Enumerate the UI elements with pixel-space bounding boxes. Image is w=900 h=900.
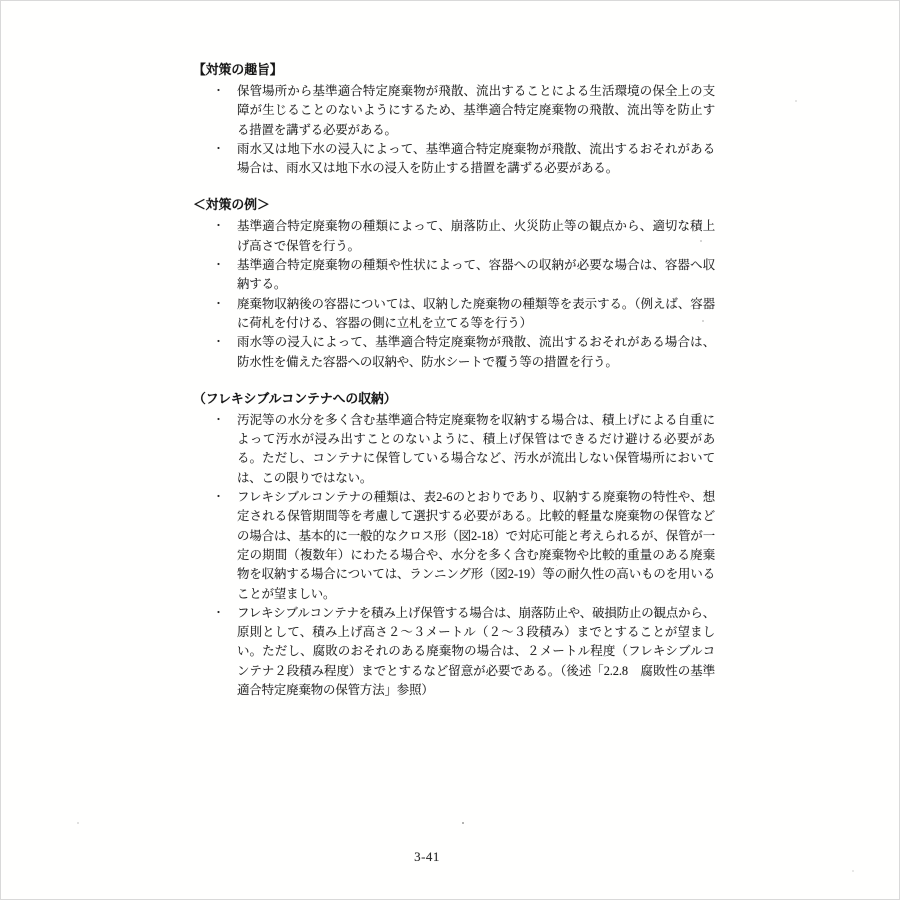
scan-speckle <box>462 822 464 824</box>
bullet-text: 基準適合特定廃棄物の種類によって、崩落防止、火災防止等の観点から、適切な積上げ高… <box>237 219 715 252</box>
bullet-text: フレキシブルコンテナを積み上げ保管する場合は、崩落防止や、破損防止の観点から、原… <box>237 606 715 697</box>
bullet-text: 廃棄物収納後の容器については、収納した廃棄物の種類等を表示する。（例えば、容器に… <box>237 297 715 330</box>
bullet-text: 汚泥等の水分を多く含む基準適合特定廃棄物を収納する場合は、積上げによる自重によっ… <box>237 413 715 485</box>
section-heading: （フレキシブルコンテナへの収納） <box>193 389 715 408</box>
bullet-marker: ・ <box>213 411 224 430</box>
bullet-item: ・ 汚泥等の水分を多く含む基準適合特定廃棄物を収納する場合は、積上げによる自重に… <box>193 411 715 488</box>
bullet-text: 保管場所から基準適合特定廃棄物が飛散、流出することによる生活環境の保全上の支障が… <box>237 84 715 137</box>
bullet-list: ・ 基準適合特定廃棄物の種類によって、崩落防止、火災防止等の観点から、適切な積上… <box>193 217 715 371</box>
bullet-marker: ・ <box>213 488 224 507</box>
section-heading: 【対策の趣旨】 <box>193 60 715 79</box>
bullet-item: ・ フレキシブルコンテナの種類は、表2-6のとおりであり、収納する廃棄物の特性や… <box>193 488 715 604</box>
bullet-list: ・ 保管場所から基準適合特定廃棄物が飛散、流出することによる生活環境の保全上の支… <box>193 82 715 178</box>
bullet-marker: ・ <box>213 295 224 314</box>
document-page: 【対策の趣旨】 ・ 保管場所から基準適合特定廃棄物が飛散、流出することによる生活… <box>0 0 900 900</box>
bullet-marker: ・ <box>213 333 224 352</box>
bullet-item: ・ 雨水等の浸入によって、基準適合特定廃棄物が飛散、流出するおそれがある場合は、… <box>193 333 715 372</box>
bullet-item: ・ 基準適合特定廃棄物の種類によって、崩落防止、火災防止等の観点から、適切な積上… <box>193 217 715 256</box>
bullet-text: 雨水等の浸入によって、基準適合特定廃棄物が飛散、流出するおそれがある場合は、防水… <box>237 335 715 368</box>
bullet-text: 基準適合特定廃棄物の種類や性状によって、容器への収納が必要な場合は、容器へ収納す… <box>237 258 715 291</box>
bullet-item: ・ 保管場所から基準適合特定廃棄物が飛散、流出することによる生活環境の保全上の支… <box>193 82 715 140</box>
page-number: 3-41 <box>397 849 457 865</box>
bullet-text: フレキシブルコンテナの種類は、表2-6のとおりであり、収納する廃棄物の特性や、想… <box>237 490 715 600</box>
bullet-item: ・ フレキシブルコンテナを積み上げ保管する場合は、崩落防止や、破損防止の観点から… <box>193 604 715 700</box>
scan-speckle <box>702 320 704 322</box>
bullet-marker: ・ <box>213 217 224 236</box>
scan-speckle <box>795 100 797 102</box>
bullet-marker: ・ <box>213 604 224 623</box>
scan-speckle <box>77 822 79 824</box>
bullet-item: ・ 雨水又は地下水の浸入によって、基準適合特定廃棄物が飛散、流出するおそれがある… <box>193 140 715 179</box>
bullet-marker: ・ <box>213 82 224 101</box>
bullet-marker: ・ <box>213 140 224 159</box>
bullet-item: ・ 廃棄物収納後の容器については、収納した廃棄物の種類等を表示する。（例えば、容… <box>193 295 715 334</box>
bullet-text: 雨水又は地下水の浸入によって、基準適合特定廃棄物が飛散、流出するおそれがある場合… <box>237 142 715 175</box>
scan-speckle <box>852 870 854 872</box>
document-content: 【対策の趣旨】 ・ 保管場所から基準適合特定廃棄物が飛散、流出することによる生活… <box>193 60 715 700</box>
section-flexible-container-storage: （フレキシブルコンテナへの収納） ・ 汚泥等の水分を多く含む基準適合特定廃棄物を… <box>193 389 715 700</box>
scan-speckle <box>700 240 702 242</box>
section-heading: ＜対策の例＞ <box>193 195 715 214</box>
section-example-measures: ＜対策の例＞ ・ 基準適合特定廃棄物の種類によって、崩落防止、火災防止等の観点か… <box>193 195 715 371</box>
scan-speckle <box>698 415 699 418</box>
bullet-marker: ・ <box>213 256 224 275</box>
bullet-list: ・ 汚泥等の水分を多く含む基準適合特定廃棄物を収納する場合は、積上げによる自重に… <box>193 411 715 700</box>
section-purpose-of-measures: 【対策の趣旨】 ・ 保管場所から基準適合特定廃棄物が飛散、流出することによる生活… <box>193 60 715 178</box>
bullet-item: ・ 基準適合特定廃棄物の種類や性状によって、容器への収納が必要な場合は、容器へ収… <box>193 256 715 295</box>
scan-speckle <box>556 565 557 566</box>
